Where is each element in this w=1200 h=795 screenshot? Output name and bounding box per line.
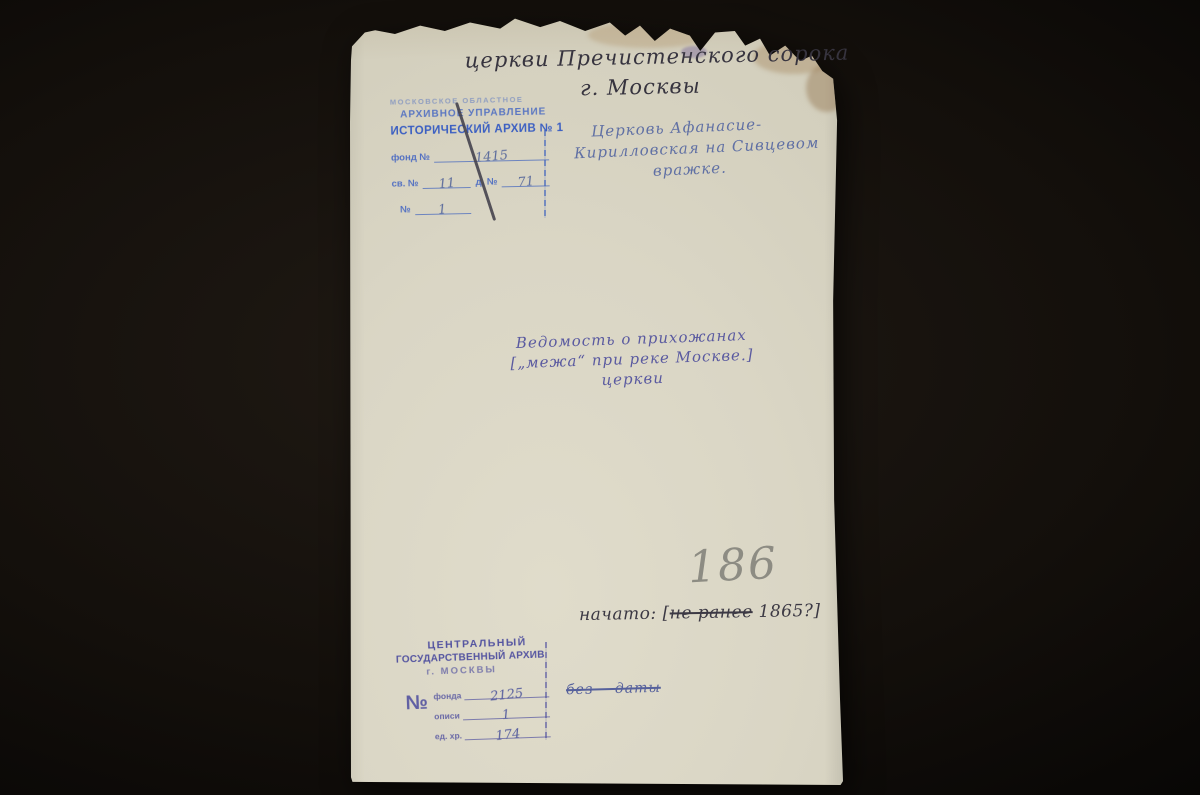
stamp-bottom-opis-row: описи 1 xyxy=(434,703,550,721)
delo-underline: 71 xyxy=(501,171,549,187)
number-value-handwritten: 1 xyxy=(438,202,448,218)
crossed-out-note: без даты xyxy=(566,680,661,698)
archive-stamp-top: МОСКОВСКОЕ ОБЛАСТНОЕ АРХИВНОЕ УПРАВЛЕНИЕ… xyxy=(390,94,550,215)
number-underline: 1 xyxy=(415,199,471,215)
fond-label: фонда xyxy=(433,690,461,701)
svyazka-label: св. № xyxy=(391,178,418,190)
stamp-top-line-1: МОСКОВСКОЕ ОБЛАСТНОЕ xyxy=(390,94,548,106)
stamp-bottom-right-border xyxy=(545,642,547,740)
number-label: № xyxy=(400,204,411,215)
start-date-handwriting: начато: [не ранее 1865?] xyxy=(579,601,821,625)
opis-label: описи xyxy=(434,710,460,721)
stamp-bottom-no-symbol: № xyxy=(397,681,435,742)
photo-canvas: церкви Пречистенского сорока г. Москвы М… xyxy=(0,0,1200,795)
start-date-prefix: начато: [ xyxy=(579,604,670,626)
fond-underline: 2125 xyxy=(464,683,549,700)
stamp-bottom-fond-row: фонда 2125 xyxy=(433,683,549,701)
ed-hr-underline: 174 xyxy=(465,723,551,740)
delo-value-handwritten: 71 xyxy=(517,174,535,190)
fond-underline: 1415 xyxy=(434,145,549,162)
start-date-struck-text: не ранее xyxy=(670,602,753,623)
stamp-top-line-3: ИСТОРИЧЕСКИЙ АРХИВ № 1 xyxy=(390,122,548,137)
register-title-handwriting: Ведомость о прихожанах [„межа“ при реке … xyxy=(502,325,762,394)
stamp-top-line-2: АРХИВНОЕ УПРАВЛЕНИЕ xyxy=(400,106,548,120)
stamp-bottom-rows: фонда 2125 описи 1 ед. хр. 174 xyxy=(433,677,551,741)
fond-value-handwritten: 1415 xyxy=(474,148,508,166)
stamp-bottom-fields: № фонда 2125 описи 1 ед. хр. 174 xyxy=(397,677,551,742)
pencil-page-number: 186 xyxy=(687,538,780,594)
svyazka-underline: 11 xyxy=(422,173,470,189)
stamp-bottom-line-3: г. МОСКВЫ xyxy=(426,662,548,677)
opis-underline: 1 xyxy=(462,703,550,720)
ed-hr-label: ед. хр. xyxy=(435,730,462,741)
stamp-top-right-border xyxy=(544,130,546,218)
church-name-handwriting: Церковь Афанасие- Кирилловская на Сивцев… xyxy=(573,110,865,186)
archive-stamp-bottom: ЦЕНТРАЛЬНЫЙ ГОСУДАРСТВЕННЫЙ АРХИВ г. МОС… xyxy=(395,635,550,742)
ed-hr-value-handwritten: 174 xyxy=(495,727,521,745)
opis-value-handwritten: 1 xyxy=(501,707,511,723)
svyazka-value-handwritten: 11 xyxy=(438,176,456,192)
fond-value-handwritten: 2125 xyxy=(490,686,524,704)
stamp-top-sv-delo-row: св. № 11 д. № 71 xyxy=(391,171,549,189)
fond-label: фонд № xyxy=(391,152,430,164)
start-date-year: 1865?] xyxy=(752,601,820,622)
